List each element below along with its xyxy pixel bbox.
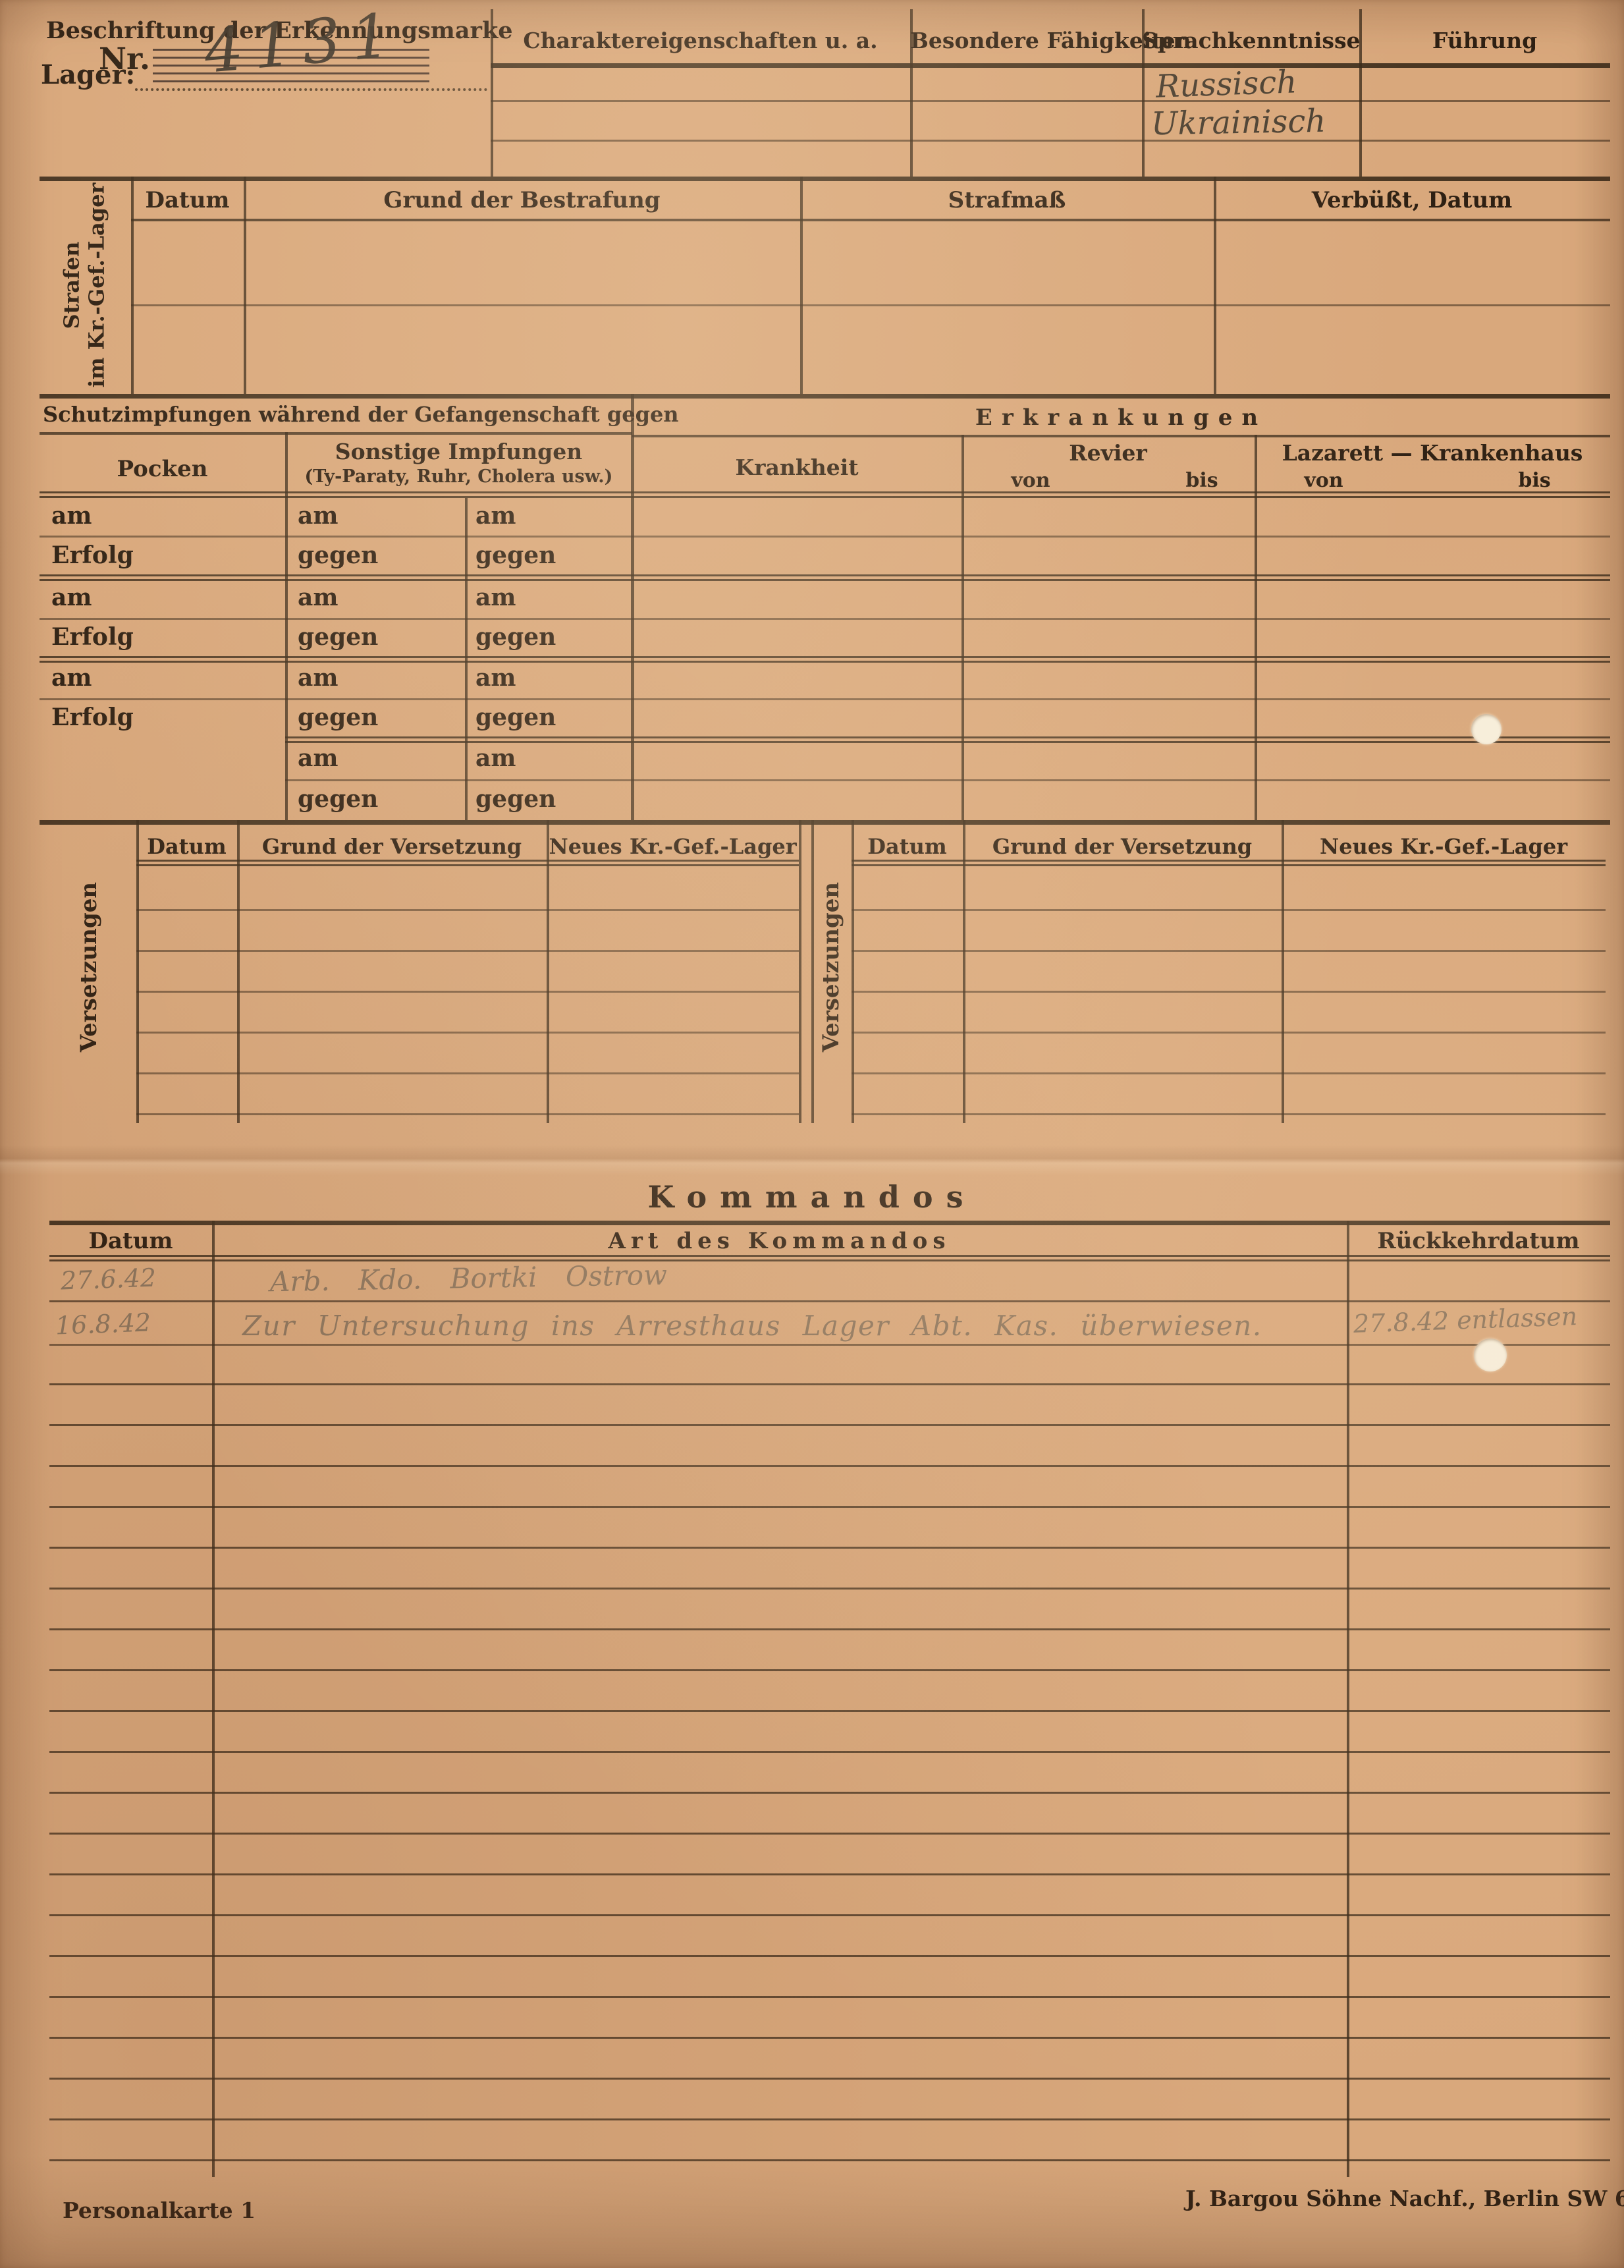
strafen-col-grund: Grund der Bestrafung [244,187,800,213]
rule [632,435,1610,437]
sonstige1-am-label: am [298,502,338,530]
kommando-entry-datum: 16.8.42 [55,1308,151,1340]
rule [852,950,1606,952]
lager-label: Lager: [41,59,135,90]
versetzungen-left-col-grund: Grund der Versetzung [237,834,547,859]
sonstige2-am-label: am [475,502,516,530]
pocken-am-label: am [51,664,92,692]
rule [49,1221,1610,1225]
fold-crease [0,1145,1624,1175]
rule [285,736,1610,743]
rule [852,1072,1606,1074]
rule [136,1072,799,1074]
erkrankungen-col-krankheit: Krankheit [632,455,961,480]
strafen-col-datum: Datum [131,187,244,213]
rule [136,1032,799,1034]
versetzungen-right-side-label: Versetzungen [818,882,844,1052]
impfungen-col-sonstige: Sonstige Impfungen [285,439,632,464]
rule [811,820,814,1123]
lazarett-bis-label: bis [1495,469,1574,492]
punch-hole [1474,1339,1507,1371]
impfungen-col-pocken: Pocken [40,456,285,482]
erkrankungen-col-lazarett: Lazarett — Krankenhaus [1255,440,1610,466]
rule [136,909,799,911]
versetzungen-right-col-neues: Neues Kr.-Gef.-Lager [1282,834,1606,859]
revier-von-label: von [991,469,1070,492]
sonstige2-am-label: am [475,584,516,611]
erkrankungen-col-revier: Revier [961,440,1255,466]
pocken-erfolg-label: Erfolg [51,623,134,651]
impfungen-col-sonstige-sub: (Ty-Paraty, Ruhr, Cholera usw.) [285,466,632,487]
rule [49,1300,1610,1302]
kommando-entry-datum: 27.6.42 [60,1263,156,1295]
rule [40,820,1610,825]
lager-dotted-line [135,63,487,91]
footer-printer-credit: J. Bargou Söhne Nachf., Berlin SW 68 [1185,2186,1581,2211]
rule [40,574,1610,581]
sonstige1-am-label: am [298,664,338,692]
strafen-side-label: Strafen im Kr.-Gef.-Lager [59,183,110,388]
lazarett-von-label: von [1284,469,1363,492]
pocken-am-label: am [51,502,92,530]
versetzungen-right-col-grund: Grund der Versetzung [963,834,1282,859]
pocken-erfolg-label: Erfolg [51,704,134,731]
pocken-erfolg-label: Erfolg [51,541,134,569]
rule [491,63,1610,68]
rule [136,991,799,993]
rule [285,432,288,820]
pocken-am-label: am [51,584,92,611]
rule [852,1113,1606,1115]
strafen-col-strafmass: Strafmaß [800,187,1214,213]
versetzungen-left-col-datum: Datum [136,834,237,859]
rule [40,536,1610,538]
rule [852,909,1606,911]
erkrankungen-title: Erkrankungen [632,404,1610,431]
personalkarte-document: Beschriftung der Erkennungsmarke Nr. 413… [0,0,1624,2268]
col-fuehrung: Führung [1359,28,1610,53]
rule [852,1032,1606,1034]
sonstige1-gegen-label: gegen [298,785,378,813]
kommandos-empty-rows [49,1344,1610,2165]
rule [40,394,1610,399]
rule [40,491,1610,498]
impfungen-title: Schutzimpfungen während der Gefangenscha… [43,402,629,427]
sonstige2-gegen-label: gegen [475,785,556,813]
rule [852,860,1606,866]
rule [40,177,1610,181]
rule [799,820,801,1123]
rule [136,950,799,952]
rule [40,698,1610,700]
sonstige2-am-label: am [475,664,516,692]
sonstige1-am-label: am [298,744,338,772]
rule [49,1255,1610,1261]
sonstige1-gegen-label: gegen [298,623,378,651]
rule [136,1113,799,1115]
rule [40,432,632,435]
sprachen-entry-ukrainisch: Ukrainisch [1151,103,1326,143]
col-sprachkenntnisse: Sprachkenntnisse [1142,28,1359,53]
kommandos-col-art: Art des Kommandos [212,1228,1347,1254]
rule [40,656,1610,663]
rule [491,100,1610,102]
kommandos-title: Kommandos [0,1179,1624,1215]
versetzungen-right-col-datum: Datum [852,834,963,859]
sprachen-entry-russisch: Russisch [1155,63,1297,105]
kommandos-col-datum: Datum [49,1228,212,1254]
rule [285,779,1610,781]
footer-form-name: Personalkarte 1 [63,2198,256,2223]
col-charaktereigenschaften: Charaktereigenschaften u. a. [491,28,910,53]
punch-hole [1471,714,1502,744]
rule [136,860,799,866]
col-besondere-faehigkeiten: Besondere Fähigkeiten [910,28,1142,53]
rule [40,618,1610,620]
kommandos-col-rueckkehr: Rückkehrdatum [1347,1228,1610,1254]
sonstige1-gegen-label: gegen [298,704,378,731]
versetzungen-left-side-label: Versetzungen [76,882,102,1052]
rule [131,219,1610,221]
rule [131,304,1610,306]
kommando-entry-art: Zur Untersuchung ins Arresthaus Lager Ab… [242,1310,1262,1342]
sonstige2-gegen-label: gegen [475,704,556,731]
revier-bis-label: bis [1162,469,1241,492]
rule [491,140,1610,142]
sonstige2-gegen-label: gegen [475,541,556,569]
sonstige2-gegen-label: gegen [475,623,556,651]
kommando-entry-art: Arb. Kdo. Bortki Ostrow [270,1259,668,1298]
strafen-col-verbuesst: Verbüßt, Datum [1214,187,1610,213]
rule [852,991,1606,993]
sonstige1-gegen-label: gegen [298,541,378,569]
sonstige1-am-label: am [298,584,338,611]
kommando-entry-rueckkehr: 27.8.42 entlassen [1353,1302,1577,1339]
sonstige2-am-label: am [475,744,516,772]
versetzungen-left-col-neues: Neues Kr.-Gef.-Lager [547,834,799,859]
